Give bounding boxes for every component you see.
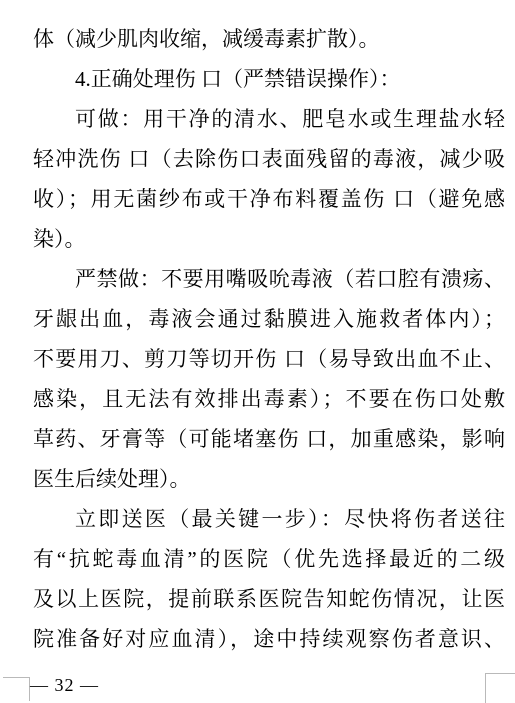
text-line: 染）。 (33, 219, 505, 259)
text-boundary-corner-mark (3, 677, 30, 701)
text-line: 可做：用干净的清水、肥皂水或生理盐水轻 (33, 99, 505, 139)
text-line: 有“抗蛇毒血清”的医院（优先选择最近的二级 (33, 539, 505, 579)
text-line: 医生后续处理）。 (33, 459, 505, 499)
text-line: 4.正确处理伤 口（严禁错误操作）： (33, 59, 505, 99)
document-page: 体（减少肌肉收缩，减缓毒素扩散）。 4.正确处理伤 口（严禁错误操作）： 可做：… (0, 0, 515, 703)
text-line: 不要用刀、剪刀等切开伤 口（易导致出血不止、 (33, 339, 505, 379)
text-line: 严禁做：不要用嘴吸吮毒液（若口腔有溃疡、 (33, 259, 505, 299)
text-line: 牙龈出血，毒液会通过黏膜进入施救者体内）； (33, 299, 505, 339)
text-line: 及以上医院，提前联系医院告知蛇伤情况，让医 (33, 579, 505, 619)
document-body: 体（减少肌肉收缩，减缓毒素扩散）。 4.正确处理伤 口（严禁错误操作）： 可做：… (33, 19, 505, 659)
text-boundary-corner-mark (485, 673, 515, 703)
text-line: 立即送医（最关键一步）：尽快将伤者送往 (33, 499, 505, 539)
text-line: 院准备好对应血清），途中持续观察伤者意识、 (33, 619, 505, 659)
text-line: 收）；用无菌纱布或干净布料覆盖伤 口（避免感 (33, 179, 505, 219)
text-line: 草药、牙膏等（可能堵塞伤 口，加重感染，影响 (33, 419, 505, 459)
text-line: 轻冲洗伤 口（去除伤口表面残留的毒液，减少吸 (33, 139, 505, 179)
page-number: — 32 — (30, 674, 99, 696)
text-line: 感染，且无法有效排出毒素）；不要在伤口处敷 (33, 379, 505, 419)
text-line: 体（减少肌肉收缩，减缓毒素扩散）。 (33, 19, 505, 59)
